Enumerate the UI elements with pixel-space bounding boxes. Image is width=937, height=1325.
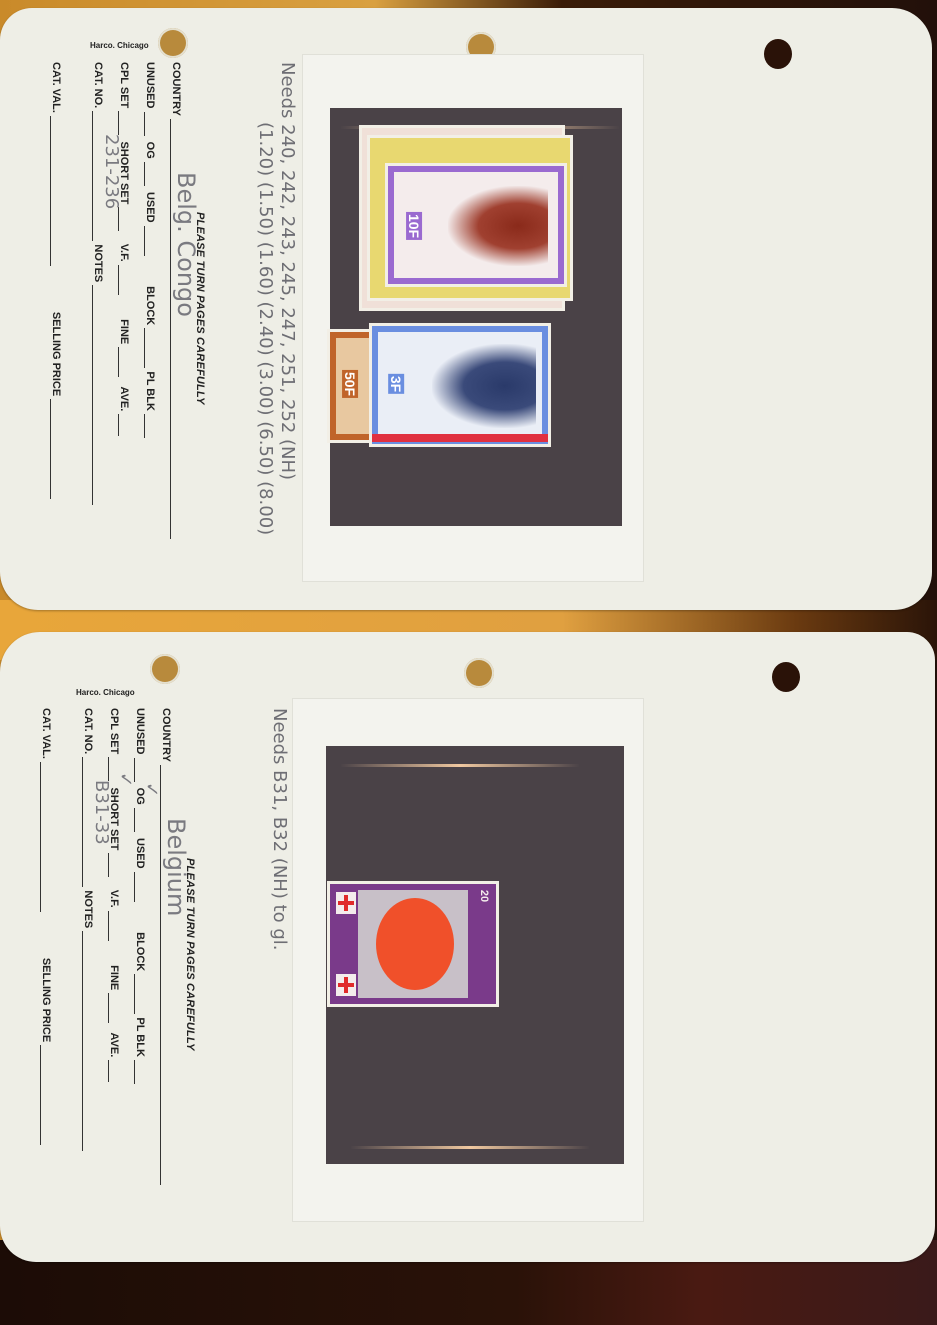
cat-val-field[interactable] [40,762,52,912]
cat-no-value: 231-236 [101,134,122,209]
short-set-field[interactable] [108,853,120,877]
row-unused: UNUSED OG USED BLOCK PL BLK [144,62,156,438]
sleeve-glare [340,764,580,767]
cpl-set-label: CPL SET [118,62,130,108]
og-field[interactable] [134,808,146,832]
block-field[interactable] [144,328,156,368]
card-form: PLEASE TURN PAGES CAREFULLY COUNTRY Belg… [22,62,222,582]
unused-value: ✓ [141,782,162,797]
cat-no-value: B31-33 [91,780,112,845]
notes-label: NOTES [92,244,104,282]
cat-val-field[interactable] [50,116,62,266]
king-portrait [376,898,454,990]
binder-hole [772,662,800,692]
og-label: OG [144,142,156,159]
handwritten-note: Needs 240, 242, 243, 245, 247, 251, 252 … [254,62,298,535]
og-field[interactable] [144,162,156,186]
stamp-value: 3F [388,374,404,394]
stamp-belgium-red-cross: 20 [330,884,496,1004]
fine-field[interactable] [118,347,130,377]
handwritten-note: Needs B31, B32 (NH) to gl. [268,708,290,951]
pl-blk-field[interactable] [134,1060,146,1084]
country-value: Belg. Congo [172,172,200,317]
row-country: COUNTRY [160,708,172,1185]
binder-hole [464,658,494,688]
brand-label: Harco. Chicago [76,688,135,697]
used-label: USED [134,838,146,869]
unused-label: UNUSED [144,62,156,108]
row-unused: UNUSED OG USED BLOCK PL BLK [134,708,146,1084]
country-value: Belgium [162,818,190,916]
fine-label: FINE [108,965,120,990]
sleeve-glare [350,1146,590,1149]
notes-field[interactable] [92,285,104,505]
ave-field[interactable] [108,1060,120,1082]
note-line-1: Needs 240, 242, 243, 245, 247, 251, 252 … [276,62,298,535]
pl-blk-field[interactable] [144,414,156,438]
cpl-set-value: ✓ [115,772,136,787]
notes-label: NOTES [82,890,94,928]
brand-label: Harco. Chicago [90,41,149,50]
mask-design [448,186,548,266]
pl-blk-label: PL BLK [134,1017,146,1057]
stamp-congo-3f: 3F [372,326,548,444]
note-line-1: Needs B31, B32 (NH) to gl. [268,708,290,951]
used-label: USED [144,192,156,223]
fine-label: FINE [118,319,130,344]
used-field[interactable] [134,872,146,902]
selling-price-label: SELLING PRICE [50,312,62,396]
block-label: BLOCK [134,932,146,971]
row-cat-val: CAT. VAL. SELLING PRICE [50,62,62,499]
ave-label: AVE. [108,1032,120,1057]
country-label: COUNTRY [170,62,182,116]
ave-label: AVE. [118,386,130,411]
card-form: PLEASE TURN PAGES CAREFULLY COUNTRY Belg… [12,708,212,1228]
vf-field[interactable] [118,265,130,295]
row-cpl-set: CPL SET SHORT SET V.F. FINE AVE. [108,708,120,1082]
ave-field[interactable] [118,414,130,436]
mask-design [432,344,536,428]
vf-label: V.F. [118,244,130,262]
block-label: BLOCK [144,286,156,325]
selling-price-field[interactable] [40,1045,52,1145]
block-field[interactable] [134,974,146,1014]
fine-field[interactable] [108,993,120,1023]
stamp-value: 50F [342,370,358,398]
used-field[interactable] [144,226,156,256]
stamp-congo-10f: 10F [388,166,564,284]
pl-blk-label: PL BLK [144,371,156,411]
selling-price-field[interactable] [50,399,62,499]
selling-price-label: SELLING PRICE [40,958,52,1042]
vf-label: V.F. [108,890,120,908]
binder-hole [158,28,188,58]
row-cpl-set: CPL SET SHORT SET V.F. FINE AVE. [118,62,130,436]
binder-hole [150,654,180,684]
red-cross-icon [336,892,356,914]
binder-hole [764,39,792,69]
stock-card-belgium: Harco. Chicago PLEASE TURN PAGES CAREFUL… [0,632,935,1262]
row-cat-no: CAT. NO. NOTES [82,708,94,1151]
notes-field[interactable] [82,931,94,1151]
stamp-edge-red [372,434,548,442]
unused-label: UNUSED [134,708,146,754]
cpl-set-label: CPL SET [108,708,120,754]
stamp-value: 10F [406,212,422,240]
stamp-value: 20 [478,888,490,904]
cat-no-label: CAT. NO. [82,708,94,754]
cat-val-label: CAT. VAL. [50,62,62,113]
red-cross-icon [336,974,356,996]
row-cat-no: CAT. NO. NOTES [92,62,104,505]
cat-no-label: CAT. NO. [92,62,104,108]
note-line-2: (1.20) (1.50) (1.60) (2.40) (3.00) (6.50… [254,62,276,535]
short-set-field[interactable] [118,207,130,231]
stock-card-belgian-congo: Harco. Chicago PLEASE TURN PAGES CAREFUL… [0,8,932,610]
vf-field[interactable] [108,911,120,941]
country-label: COUNTRY [160,708,172,762]
cpl-set-field[interactable] [118,111,130,135]
cat-val-label: CAT. VAL. [40,708,52,759]
unused-field[interactable] [144,112,156,136]
row-cat-val: CAT. VAL. SELLING PRICE [40,708,52,1145]
